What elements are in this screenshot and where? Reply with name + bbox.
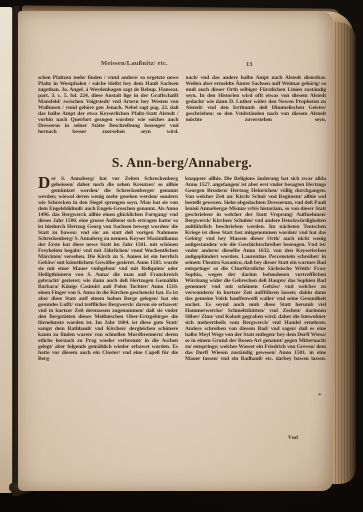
page-content: Meissen/Laußnitz/ etc. 13 schen Pfaltzen… (18, 11, 333, 491)
drop-cap: D (38, 176, 51, 189)
continuation-left-column: schen Pfaltzen mehr finden / vnnd andere… (38, 75, 179, 148)
book-scan-photo: Meissen/Laußnitz/ etc. 13 schen Pfaltzen… (0, 0, 363, 512)
footnote-asterisk-mark: * (318, 392, 322, 400)
article-left-text: er S. Annaberg/ hat vor Zeiten Schrecken… (38, 176, 178, 362)
running-header: Meissen/Laußnitz/ etc. 13 (38, 60, 326, 71)
page-number: 13 (246, 61, 253, 68)
article-left-column: Der S. Annaberg/ hat vor Zeiten Schrecke… (38, 176, 178, 419)
article-columns: Der S. Annaberg/ hat vor Zeiten Schrecke… (38, 176, 326, 441)
continuation-right-column: nach/ vnd das andere halbe Ampt nach Als… (186, 75, 327, 148)
article-right-wrap: knappen/ allhie. Die Religions änderung … (185, 176, 326, 441)
running-title: Meissen/Laußnitz/ etc. (101, 60, 168, 67)
book-fore-edge (329, 22, 356, 484)
catchword: Vnd (185, 435, 326, 441)
section-heading: S. Ann-berg/Annaberg. (38, 155, 326, 171)
continuation-columns: schen Pfaltzen mehr finden / vnnd andere… (38, 75, 326, 148)
article-right-column: knappen/ allhie. Die Religions änderung … (185, 176, 326, 434)
